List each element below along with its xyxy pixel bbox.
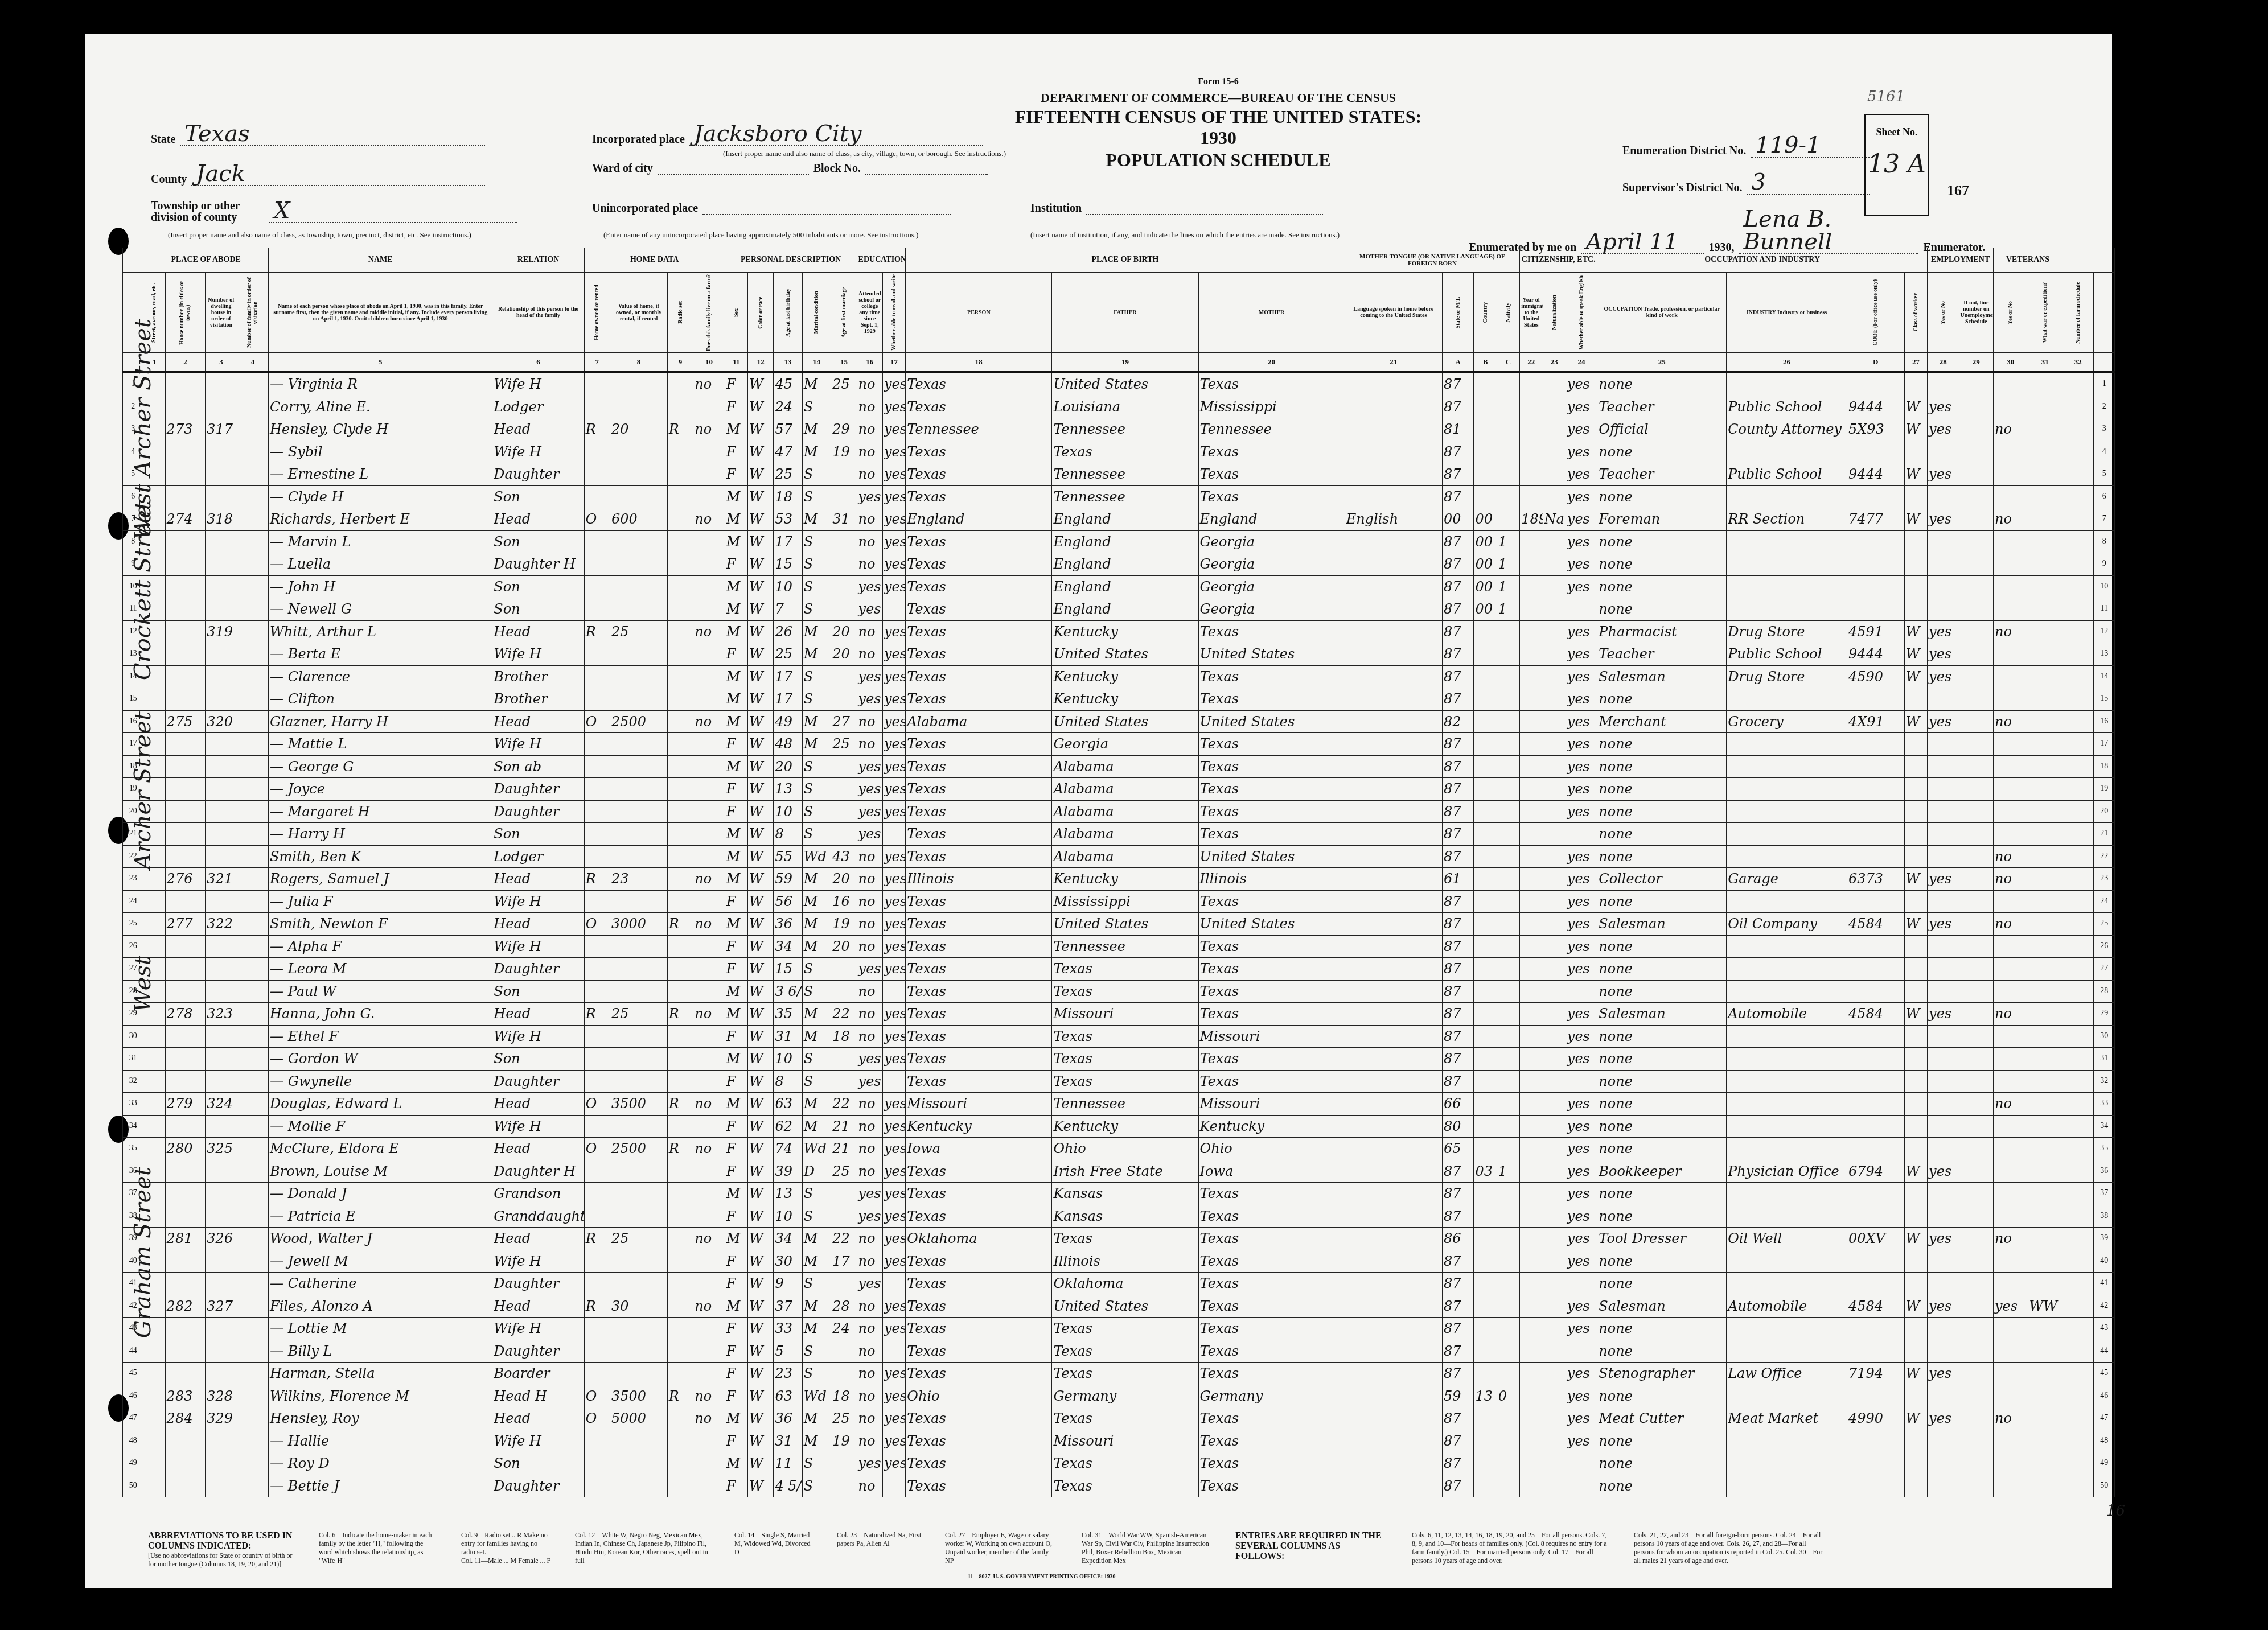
cell-dwelling [206,598,237,621]
cell-bp-father: Illinois [1052,1250,1198,1273]
cell-dwelling: 319 [206,620,237,643]
cell-house [165,485,206,508]
cell-age-marriage: 22 [831,1003,857,1026]
cell-age-marriage: 22 [831,1093,857,1116]
cell-race: W [748,1160,774,1183]
cell-industry [1727,958,1847,981]
cell-bp-father: Texas [1052,1228,1198,1250]
cell-unemp-line [1959,710,1994,733]
cell-family [237,1228,268,1250]
cell-code-d [1847,575,1904,598]
cell-war [2028,1385,2062,1407]
cell-name: — Julia F [269,890,492,913]
cell-dwelling [206,530,237,553]
cell-code-c [1497,1183,1519,1205]
cell-farm-sched [2062,1430,2094,1452]
cell-house [165,845,206,868]
cell-code-c [1497,980,1519,1003]
cell-bp: Texas [906,800,1052,823]
cell-farm [693,485,725,508]
cell-veteran [1994,958,2028,981]
cell-code-b [1474,890,1497,913]
cell-unemp-line [1959,1160,1994,1183]
cell-name: — Newell G [269,598,492,621]
table-row: 3273317Hensley, Clyde HHeadR20RnoMW57M29… [123,418,2115,441]
cell-natur [1543,441,1566,463]
cell-farm-sched [2062,598,2094,621]
cell-bp-father: England [1052,530,1198,553]
cell-code-c [1497,688,1519,711]
cell-farm [693,441,725,463]
cell-bp-father: Texas [1052,1407,1198,1430]
line-number-right: 40 [2094,1250,2115,1273]
cell-employed [1928,1183,1959,1205]
cell-owned [584,1363,610,1385]
cell-code-a: 87 [1443,1070,1474,1093]
cell-tongue [1345,643,1442,666]
cell-natur [1543,643,1566,666]
cell-farm [693,845,725,868]
cell-race: W [748,935,774,958]
cell-house: 284 [165,1407,206,1430]
cell-marital: S [802,980,831,1003]
column-number: 16 [857,353,882,373]
cell-industry [1727,1025,1847,1048]
cell-code-c [1497,1430,1519,1452]
cell-bp-father: Alabama [1052,845,1198,868]
cell-bp-mother: Germany [1198,1385,1345,1407]
cell-race: W [748,553,774,576]
cell-farm-sched [2062,372,2094,396]
cell-bp: Texas [906,1475,1052,1497]
cell-occupation: none [1597,1115,1727,1138]
cell-code-a: 87 [1443,800,1474,823]
cell-sex: F [725,1273,747,1295]
cell-house: 282 [165,1295,206,1318]
cell-bp: Texas [906,665,1052,688]
cell-veteran [1994,1475,2028,1497]
cell-code-c [1497,823,1519,846]
cell-name: — Billy L [269,1340,492,1363]
cell-veteran [1994,1115,2028,1138]
cell-war [2028,1273,2062,1295]
cell-dwelling [206,665,237,688]
table-row: 36Brown, Louise MDaughter HFW39D25noyesT… [123,1160,2115,1183]
cell-code-b [1474,913,1497,936]
cell-english [1566,980,1597,1003]
cell-industry [1727,553,1847,576]
cell-age: 10 [774,1205,802,1228]
supervisor-label: Supervisor's District No. [1622,182,1743,195]
cell-sex: F [725,800,747,823]
cell-name: Harman, Stella [269,1363,492,1385]
cell-name: Wilkins, Florence M [269,1385,492,1407]
cell-bp-father: Tennessee [1052,485,1198,508]
cell-veteran [1994,1183,2028,1205]
cell-code-d [1847,1452,1904,1475]
cell-family [237,800,268,823]
cell-bp-father: Missouri [1052,1003,1198,1026]
cell-relation: Daughter H [492,1160,584,1183]
cell-owned [584,1205,610,1228]
cell-owned [584,935,610,958]
cell-code-d [1847,890,1904,913]
line-number-right: 41 [2094,1273,2115,1295]
cell-bp: Texas [906,553,1052,576]
cell-value [610,553,668,576]
cell-owned: O [584,1093,610,1116]
cell-school: yes [857,1273,882,1295]
cell-house [165,980,206,1003]
cell-code-a: 87 [1443,1475,1474,1497]
cell-code-c [1497,396,1519,418]
cell-english: yes [1566,553,1597,576]
cell-tongue [1345,1318,1442,1340]
cell-farm-sched [2062,643,2094,666]
cell-veteran: no [1994,418,2028,441]
line-number: 34 [123,1115,143,1138]
column-number: 29 [1959,353,1994,373]
cell-family [237,958,268,981]
cell-english: yes [1566,1363,1597,1385]
table-row: 44— Billy LDaughterFW5SnoTexasTexasTexas… [123,1340,2115,1363]
cell-code-b [1474,1273,1497,1295]
cell-employed [1928,1318,1959,1340]
cell-race: W [748,441,774,463]
cell-english: yes [1566,1138,1597,1160]
cell-street [143,1138,165,1160]
line-number-right: 42 [2094,1295,2115,1318]
cell-code-a: 87 [1443,1160,1474,1183]
cell-name: — Bettie J [269,1475,492,1497]
column-header-text: What war or expedition? [2042,282,2048,343]
cell-bp: Texas [906,980,1052,1003]
cell-war [2028,800,2062,823]
cell-occupation: none [1597,1070,1727,1093]
cell-class [1904,1452,1927,1475]
cell-house [165,958,206,981]
cell-relation: Daughter [492,1273,584,1295]
cell-code-c [1497,1205,1519,1228]
cell-age: 34 [774,1228,802,1250]
cell-code-d: 9444 [1847,396,1904,418]
cell-code-d [1847,755,1904,778]
township-note: (Insert proper name and also name of cla… [168,230,510,240]
cell-english: yes [1566,1025,1597,1048]
cell-owned [584,1475,610,1497]
cell-house: 275 [165,710,206,733]
cell-sex: M [725,1228,747,1250]
cell-english [1566,1273,1597,1295]
cell-dwelling [206,1318,237,1340]
cell-employed [1928,441,1959,463]
cell-bp-mother: Texas [1198,1183,1345,1205]
cell-bp: Texas [906,1070,1052,1093]
cell-industry [1727,1385,1847,1407]
cell-farm-sched [2062,1025,2094,1048]
cell-occupation: none [1597,935,1727,958]
cell-code-b [1474,418,1497,441]
cell-english: yes [1566,575,1597,598]
cell-code-c [1497,441,1519,463]
cell-code-c: 1 [1497,1160,1519,1183]
cell-veteran: no [1994,1407,2028,1430]
cell-school: no [857,620,882,643]
cell-radio [667,485,693,508]
cell-name: — Berta E [269,643,492,666]
cell-read: yes [882,688,905,711]
cell-house [165,620,206,643]
cell-farm: no [693,372,725,396]
cell-value [610,1160,668,1183]
cell-war [2028,1048,2062,1071]
cell-tongue [1345,710,1442,733]
cell-age: 23 [774,1363,802,1385]
cell-dwelling [206,980,237,1003]
cell-unemp-line [1959,958,1994,981]
cell-tongue [1345,1363,1442,1385]
cell-owned [584,665,610,688]
column-header: What war or expedition? [2028,273,2062,353]
cell-family [237,418,268,441]
cell-english: yes [1566,1228,1597,1250]
column-header: Color or race [748,273,774,353]
cell-sex: M [725,913,747,936]
cell-read: yes [882,1452,905,1475]
cell-dwelling [206,1430,237,1452]
cell-immig [1520,372,1543,396]
cell-radio [667,1228,693,1250]
cell-school: no [857,1430,882,1452]
cell-farm [693,643,725,666]
cell-sex: M [725,1093,747,1116]
cell-read: yes [882,396,905,418]
cell-age-marriage: 18 [831,1025,857,1048]
cell-family [237,1093,268,1116]
cell-read: yes [882,418,905,441]
cell-radio [667,1160,693,1183]
cell-age: 63 [774,1093,802,1116]
cell-relation: Son [492,530,584,553]
cell-bp-mother: Ohio [1198,1138,1345,1160]
cell-bp-mother: Texas [1198,1205,1345,1228]
cell-farm-sched [2062,418,2094,441]
cell-age: 4 5/12 [774,1475,802,1497]
cell-code-c [1497,1340,1519,1363]
cell-name: — Gordon W [269,1048,492,1071]
cell-dwelling [206,755,237,778]
column-header: Number of dwelling house in order of vis… [206,273,237,353]
cell-immig [1520,755,1543,778]
cell-name: McClure, Eldora E [269,1138,492,1160]
cell-unemp-line [1959,1070,1994,1093]
cell-farm-sched [2062,913,2094,936]
cell-code-a: 87 [1443,575,1474,598]
cell-immig [1520,1115,1543,1138]
column-header-text: House number (in cities or towns) [179,274,191,351]
cell-veteran [1994,575,2028,598]
cell-code-b [1474,1138,1497,1160]
cell-code-b [1474,800,1497,823]
cell-age: 48 [774,733,802,756]
line-number-right: 10 [2094,575,2115,598]
cell-read: yes [882,710,905,733]
cell-english: yes [1566,643,1597,666]
cell-bp: Alabama [906,710,1052,733]
cell-natur [1543,1070,1566,1093]
county-field: County Jack [151,162,485,186]
cell-farm [693,1430,725,1452]
group-home-data: HOME DATA [584,248,725,273]
line-number-right: 43 [2094,1318,2115,1340]
cell-name: — Donald J [269,1183,492,1205]
cell-radio [667,1273,693,1295]
township-label: Township or other division of county [151,200,265,223]
column-number: 18 [906,353,1052,373]
cell-industry: Public School [1727,463,1847,486]
cell-bp: Kentucky [906,1115,1052,1138]
cell-occupation: Collector [1597,868,1727,891]
cell-code-c [1497,935,1519,958]
cell-code-d: 4591 [1847,620,1904,643]
cell-farm-sched [2062,688,2094,711]
cell-value [610,485,668,508]
cell-veteran: no [1994,1093,2028,1116]
cell-employed: yes [1928,396,1959,418]
cell-relation: Daughter [492,463,584,486]
cell-house: 278 [165,1003,206,1026]
cell-relation: Grandson [492,1183,584,1205]
cell-marital: M [802,372,831,396]
column-number: 20 [1198,353,1345,373]
cell-family [237,935,268,958]
cell-race: W [748,1183,774,1205]
cell-class [1904,688,1927,711]
cell-war [2028,441,2062,463]
cell-unemp-line [1959,553,1994,576]
unincorporated-field: Unincorporated place [592,202,951,215]
cell-employed [1928,778,1959,801]
cell-read [882,1340,905,1363]
cell-immig [1520,1093,1543,1116]
cell-code-a: 87 [1443,823,1474,846]
cell-owned [584,598,610,621]
cell-marital: S [802,530,831,553]
cell-war [2028,643,2062,666]
column-header: PERSON [906,273,1052,353]
cell-radio [667,980,693,1003]
cell-war [2028,1025,2062,1048]
cell-class [1904,598,1927,621]
cell-bp-father: Texas [1052,980,1198,1003]
cell-natur [1543,1250,1566,1273]
cell-family [237,553,268,576]
cell-school: no [857,418,882,441]
cell-marital: S [802,755,831,778]
cell-dwelling: 323 [206,1003,237,1026]
cell-war [2028,958,2062,981]
cell-marital: S [802,665,831,688]
cell-code-d [1847,1048,1904,1071]
cell-school: no [857,553,882,576]
cell-bp-mother: Texas [1198,1430,1345,1452]
line-number: 15 [123,688,143,711]
cell-code-b [1474,980,1497,1003]
line-number-right: 47 [2094,1407,2115,1430]
cell-bp: Texas [906,913,1052,936]
cell-relation: Head [492,1228,584,1250]
enum-district-field: Enumeration District No. 119-1 [1622,134,1873,158]
cell-unemp-line [1959,665,1994,688]
cell-immig [1520,1183,1543,1205]
cell-class: W [1904,1363,1927,1385]
cell-read: yes [882,1048,905,1071]
cell-class [1904,1183,1927,1205]
cell-bp: Texas [906,485,1052,508]
column-header: Number of family in order of visitation [237,273,268,353]
cell-code-c [1497,1025,1519,1048]
cell-family [237,441,268,463]
cell-immig [1520,1250,1543,1273]
cell-class: W [1904,868,1927,891]
cell-war [2028,598,2062,621]
cell-race: W [748,1205,774,1228]
street-label-crockett: Crockett Street [130,501,156,680]
cell-house [165,755,206,778]
cell-house [165,643,206,666]
line-number-right: 44 [2094,1340,2115,1363]
cell-code-b [1474,1250,1497,1273]
cell-employed [1928,845,1959,868]
cell-owned: R [584,620,610,643]
cell-dwelling: 329 [206,1407,237,1430]
cell-value: 2500 [610,710,668,733]
cell-bp-father: Texas [1052,1363,1198,1385]
column-number: 2 [165,353,206,373]
cell-farm: no [693,1093,725,1116]
cell-veteran [1994,1430,2028,1452]
cell-marital: M [802,1228,831,1250]
cell-war [2028,1205,2062,1228]
cell-veteran [1994,1250,2028,1273]
cell-age: 62 [774,1115,802,1138]
cell-farm: no [693,1407,725,1430]
cell-radio [667,463,693,486]
cell-natur [1543,868,1566,891]
cell-dwelling: 322 [206,913,237,936]
column-header: INDUSTRY Industry or business [1727,273,1847,353]
street-label-archer: Archer Street [130,711,156,870]
cell-radio [667,1048,693,1071]
cell-house [165,733,206,756]
cell-race: W [748,1273,774,1295]
cell-relation: Head [492,1295,584,1318]
cell-bp-father: Tennessee [1052,1093,1198,1116]
cell-name: Rogers, Samuel J [269,868,492,891]
line-number-right: 29 [2094,1003,2115,1026]
cell-sex: F [725,1025,747,1048]
cell-veteran [1994,1025,2028,1048]
column-number: 8 [610,353,668,373]
cell-value: 25 [610,1228,668,1250]
cell-bp: Texas [906,643,1052,666]
cell-bp: Texas [906,733,1052,756]
cell-farm [693,598,725,621]
cell-code-a: 87 [1443,1295,1474,1318]
cell-owned [584,1430,610,1452]
cell-name: — Jewell M [269,1250,492,1273]
cell-industry [1727,1183,1847,1205]
